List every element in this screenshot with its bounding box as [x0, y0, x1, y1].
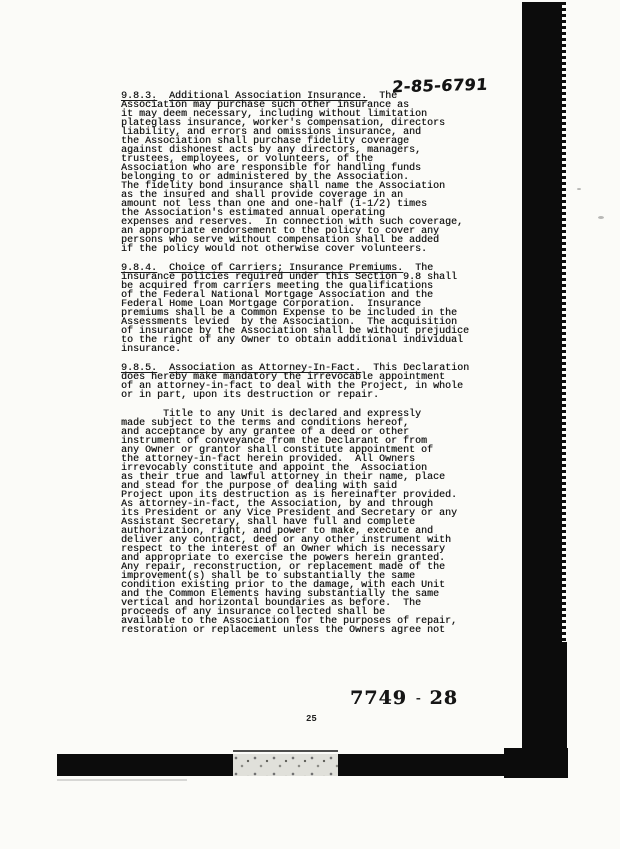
stamp-number-right: 28	[429, 687, 457, 709]
scan-artifact-horizontal-bar-faded	[233, 754, 338, 776]
document-section: 9.8.3. Additional Association Insurance.…	[121, 92, 491, 254]
stamp-separator-mark: -	[416, 692, 422, 705]
scanned-page: 2-85-6791 9.8.3. Additional Association …	[0, 0, 620, 849]
text-line: if the policy would not otherwise cover …	[121, 245, 491, 254]
stamp-document-number: 7749-28	[350, 687, 458, 709]
text-line: restoration or replacement unless the Ow…	[121, 626, 491, 635]
scan-artifact-bar-topline	[233, 750, 338, 752]
scan-artifact-faint-line	[57, 779, 187, 781]
stamp-number-left: 7749	[350, 687, 407, 709]
document-section: 9.8.4. Choice of Carriers; Insurance Pre…	[121, 264, 491, 354]
scan-artifact-horizontal-bar-left	[57, 754, 233, 776]
document-text-block: 9.8.3. Additional Association Insurance.…	[121, 92, 491, 635]
section-body: insurance policies required under this S…	[121, 273, 491, 354]
scan-speckle	[598, 216, 604, 219]
section-body: does hereby make mandatory the irrevocab…	[121, 373, 491, 400]
page-number: 25	[306, 714, 317, 724]
document-section: 9.8.5. Association as Attorney-In-Fact. …	[121, 364, 491, 400]
scan-speckle	[577, 188, 581, 190]
text-line: insurance.	[121, 345, 491, 354]
scan-artifact-horizontal-bar-right	[338, 754, 563, 776]
paragraph-body: Title to any Unit is declared and expres…	[121, 410, 491, 635]
text-line: or in part, upon its destruction or repa…	[121, 391, 491, 400]
document-paragraph: Title to any Unit is declared and expres…	[121, 410, 491, 635]
section-body: Association may purchase such other insu…	[121, 101, 491, 254]
